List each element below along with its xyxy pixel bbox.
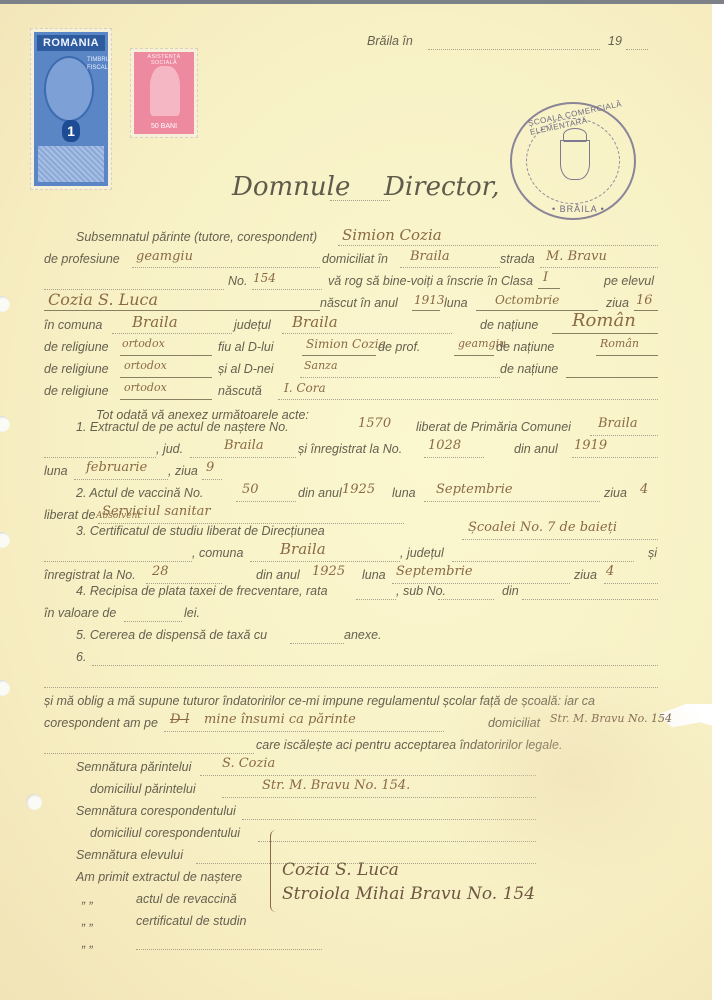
birth-month: Octombrie (495, 293, 559, 307)
parent-label: Subsemnatul părinte (tutore, coresponden… (76, 230, 317, 244)
birth-commune: Braila (132, 313, 178, 331)
stamp-value: 1 (62, 120, 80, 142)
punch-hole (0, 296, 10, 312)
parent-signature: S. Cozia (222, 756, 275, 771)
birth-cert-month: februarie (86, 460, 147, 475)
class-number: I (543, 270, 548, 285)
student-name: Cozia S. Luca (48, 290, 158, 309)
student-receipt-signature: Cozia S. Luca (282, 860, 399, 880)
salutation-director: Director, (384, 172, 499, 202)
salutation-domnule: Domnule (232, 172, 350, 202)
certificate-year: 1925 (312, 564, 345, 579)
nationality: Român (572, 310, 636, 331)
mother-religion: ortodox (124, 381, 167, 394)
mother-name: Sanza (304, 359, 338, 372)
certificate-day: 4 (606, 564, 614, 579)
vaccine-year: 1925 (342, 482, 375, 497)
birth-cert-reg-number: 1028 (428, 438, 461, 453)
punch-hole (26, 794, 42, 810)
mother-maiden-name: I. Cora (284, 381, 326, 395)
father-religion: ortodox (124, 359, 167, 372)
certificate-correction: Absolvent (96, 511, 141, 521)
enrollment-form: ROMANIA TIMBRU FISCAL 1 ASISTENȚA SOCIAL… (0, 4, 712, 1000)
brace (270, 830, 279, 912)
punch-hole (0, 532, 10, 548)
profession: geamgiu (136, 249, 193, 264)
parent-domicile: Str. M. Bravu No. 154. (262, 778, 410, 793)
coat-of-arms-icon (560, 140, 590, 180)
student-religion: ortodox (122, 337, 165, 350)
birth-day: 16 (636, 293, 653, 308)
obligation-text: și mă oblig a mă supune tuturor îndatori… (44, 694, 595, 708)
parent-name: Simion Cozia (342, 226, 442, 244)
vaccine-month: Septembrie (436, 482, 513, 497)
school-receipt-signature: Stroiola Mihai Bravu No. 154 (282, 884, 535, 904)
vaccine-day: 4 (640, 482, 648, 497)
fiscal-stamp: ROMANIA TIMBRU FISCAL 1 (30, 28, 112, 190)
school-seal: ȘCOALA COMERCIALĂ ELEMENTARĂ • BRĂILA • (510, 102, 636, 220)
birth-cert-year: 1919 (574, 438, 607, 453)
certificate-issuer: Școalei No. 7 de baieți (468, 520, 617, 535)
street: M. Bravu (546, 249, 607, 264)
year-prefix: 19 (608, 34, 622, 48)
certificate-commune: Braila (280, 540, 326, 558)
assistance-stamp: ASISTENȚA SOCIALĂ 50 BANI (130, 48, 198, 138)
birth-county: Braila (292, 313, 338, 331)
stamp-value: 50 BANI (136, 123, 192, 130)
stamp-label: ASISTENȚA SOCIALĂ (136, 54, 192, 66)
certificate-month: Septembrie (396, 564, 473, 579)
birth-year: 1913 (414, 293, 445, 307)
vaccine-number: 50 (242, 482, 259, 497)
stamp-country: ROMANIA (37, 35, 105, 51)
struck-text: D-l (170, 712, 189, 727)
father-nationality: Român (600, 337, 639, 350)
residence-city: Braila (410, 249, 450, 264)
birth-cert-county: Braila (224, 438, 264, 453)
punch-hole (0, 680, 10, 696)
correspondent-domicile: Str. M. Bravu No. 154 (550, 712, 672, 725)
place-date: Brăila în (367, 34, 413, 48)
street-number: 154 (253, 271, 276, 285)
birth-cert-number: 1570 (358, 416, 391, 431)
stamp-label: TIMBRU FISCAL (87, 56, 105, 72)
figure-icon (150, 66, 180, 116)
certificate-reg-number: 28 (152, 564, 169, 579)
correspondent-value: mine însumi ca părinte (204, 712, 356, 727)
birth-cert-day: 9 (206, 460, 214, 475)
father-name: Simion Cozia (306, 337, 386, 351)
birth-cert-issuer: Braila (598, 416, 638, 431)
punch-hole (0, 416, 10, 432)
